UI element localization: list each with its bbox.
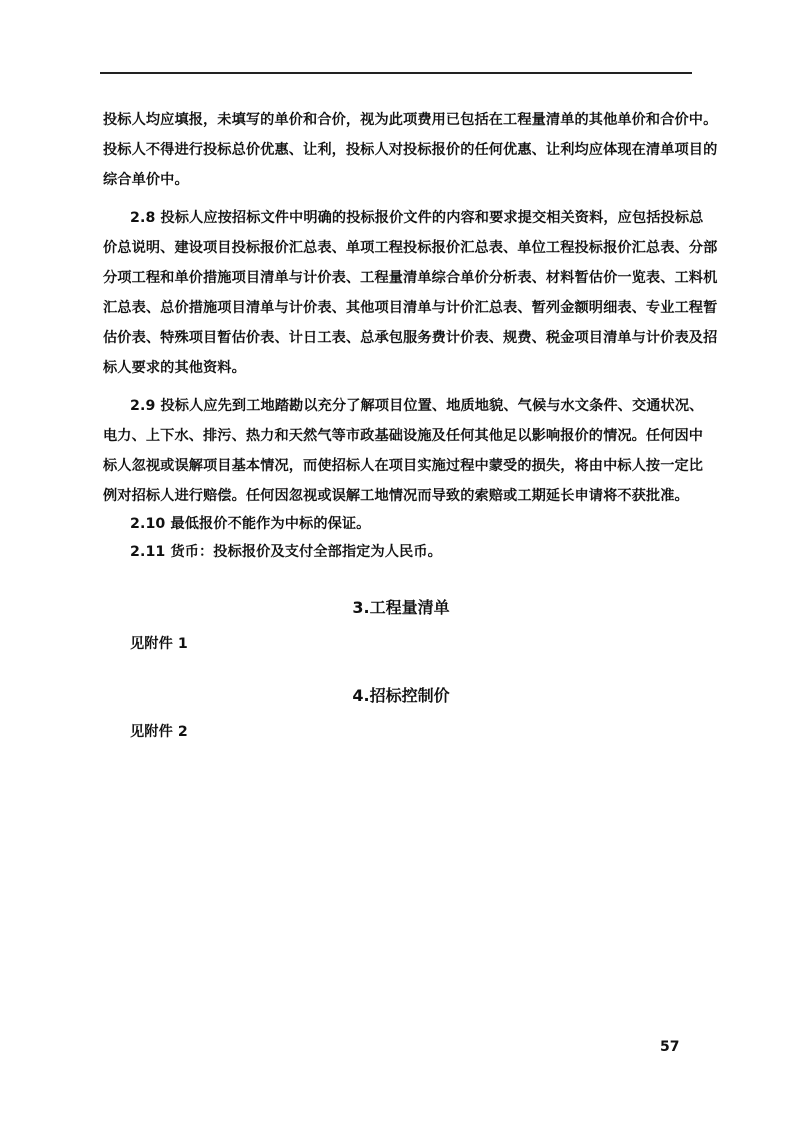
text-line: 电力、上下水、排污、热力和天然气等市政基础设施及任何其他足以影响报价的情况。任何… — [103, 421, 699, 451]
section-heading: 4.招标控制价 — [103, 683, 699, 709]
paragraph-2-11: 2.11 货币：投标报价及支付全部指定为人民币。 — [103, 537, 699, 567]
text-line: 2.8 投标人应按招标文件中明确的投标报价文件的内容和要求提交相关资料，应包括投… — [103, 203, 699, 233]
text-line: 汇总表、总价措施项目清单与计价表、其他项目清单与计价汇总表、暂列金额明细表、专业… — [103, 293, 699, 323]
text-line: 标人忽视或误解项目基本情况，而使招标人在项目实施过程中蒙受的损失，将由中标人按一… — [103, 451, 699, 481]
text-line: 价总说明、建设项目投标报价汇总表、单项工程投标报价汇总表、单位工程投标报价汇总表… — [103, 233, 699, 263]
paragraph-2-10: 2.10 最低报价不能作为中标的保证。 — [103, 513, 699, 535]
text-line: 投标人不得进行投标总价优惠、让利，投标人对投标报价的任何优惠、让利均应体现在清单… — [103, 135, 699, 165]
text-line: 2.9 投标人应先到工地踏勘以充分了解项目位置、地质地貌、气候与水文条件、交通状… — [103, 391, 699, 421]
paragraph-2-8: 2.8 投标人应按招标文件中明确的投标报价文件的内容和要求提交相关资料，应包括投… — [103, 203, 699, 383]
text-line: 标人要求的其他资料。 — [103, 353, 699, 383]
section-heading: 3.工程量清单 — [103, 595, 699, 621]
document-body: 投标人均应填报，未填写的单价和合价，视为此项费用已包括在工程量清单的其他单价和合… — [103, 105, 699, 747]
text-line: 分项工程和单价措施项目清单与计价表、工程量清单综合单价分析表、材料暂估价一览表、… — [103, 263, 699, 293]
text-line: 投标人均应填报，未填写的单价和合价，视为此项费用已包括在工程量清单的其他单价和合… — [103, 105, 699, 135]
paragraph-intro: 投标人均应填报，未填写的单价和合价，视为此项费用已包括在工程量清单的其他单价和合… — [103, 105, 699, 195]
text-line: 估价表、特殊项目暂估价表、计日工表、总承包服务费计价表、规费、税金项目清单与计价… — [103, 323, 699, 353]
page-number: 57 — [660, 1039, 679, 1055]
paragraph-2-9: 2.9 投标人应先到工地踏勘以充分了解项目位置、地质地貌、气候与水文条件、交通状… — [103, 391, 699, 511]
section-body: 见附件 1 — [103, 629, 699, 659]
section-4: 4.招标控制价 见附件 2 — [103, 683, 699, 747]
header-rule — [100, 72, 692, 74]
section-3: 3.工程量清单 见附件 1 — [103, 595, 699, 659]
text-line: 例对招标人进行赔偿。任何因忽视或误解工地情况而导致的索赔或工期延长申请将不获批准… — [103, 481, 699, 511]
text-line: 综合单价中。 — [103, 165, 699, 195]
section-body: 见附件 2 — [103, 717, 699, 747]
